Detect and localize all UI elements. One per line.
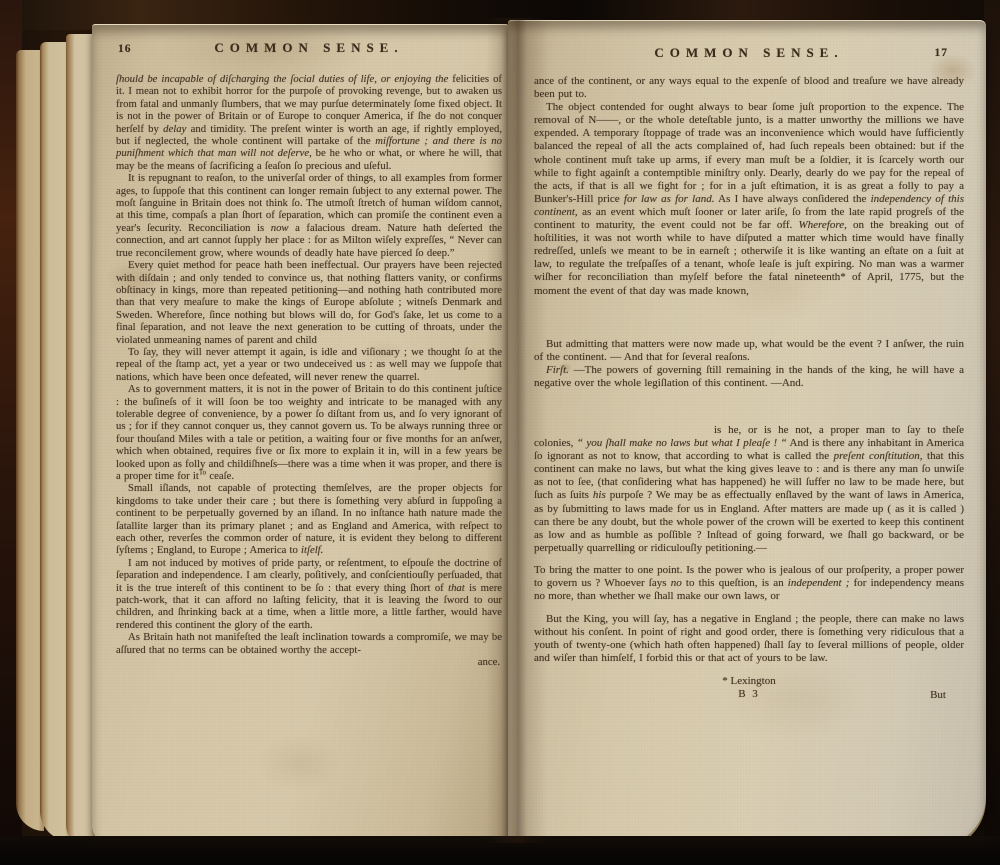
catchword: But xyxy=(930,689,946,702)
paragraph: As to government matters, it is not in t… xyxy=(116,383,502,482)
page-number: 17 xyxy=(935,47,949,60)
right-page-body: ance of the continent, or any ways equal… xyxy=(534,75,964,705)
signature-mark: B 3 xyxy=(534,688,964,701)
paragraph: But the King, you will ſay, has a negati… xyxy=(534,613,964,665)
left-page-header: 16 COMMON SENSE. xyxy=(116,42,502,59)
book-cover-bottom-edge xyxy=(0,836,1000,865)
paragraph: To ſay, they will never attempt it again… xyxy=(116,346,502,383)
right-page-header: COMMON SENSE. 17 xyxy=(534,46,964,63)
right-page-text: COMMON SENSE. 17 ance of the continent, … xyxy=(534,46,964,705)
paragraph: The object contended for ought always to… xyxy=(534,101,964,297)
paragraph: But admitting that matters were now made… xyxy=(534,338,964,364)
paragraph: ſhould be incapable of diſcharging the ſ… xyxy=(116,73,502,172)
paragraph: is he, or is he not, a proper man to ſay… xyxy=(534,424,964,555)
paragraph: As Britain hath not manifeſted the leaſt… xyxy=(116,631,502,656)
paragraph: To bring the matter to one point. Is the… xyxy=(534,564,964,603)
book-photo: 16 COMMON SENSE. ſhould be incapable of … xyxy=(0,0,1000,865)
paragraph: Firſt. —The powers of governing ſtill re… xyxy=(534,364,964,390)
book-cover-right-edge xyxy=(984,0,1000,865)
paragraph: Every quiet method for peace hath been i… xyxy=(116,259,502,346)
right-page-footer: * Lexington B 3 But xyxy=(534,675,964,705)
running-title: COMMON SENSE. xyxy=(534,46,964,59)
left-page-text: 16 COMMON SENSE. ſhould be incapable of … xyxy=(116,42,502,669)
paragraph: ance of the continent, or any ways equal… xyxy=(534,75,964,101)
left-page-body: ſhould be incapable of diſcharging the ſ… xyxy=(116,73,502,669)
paragraph: Small iſlands, not capable of protecting… xyxy=(116,482,502,556)
paragraph: It is repugnant to reaſon, to the univer… xyxy=(116,172,502,259)
catchword: ance. xyxy=(116,656,500,668)
footnote: * Lexington xyxy=(534,675,964,688)
running-title: COMMON SENSE. xyxy=(116,42,502,54)
paragraph: I am not induced by motives of pride par… xyxy=(116,557,502,631)
